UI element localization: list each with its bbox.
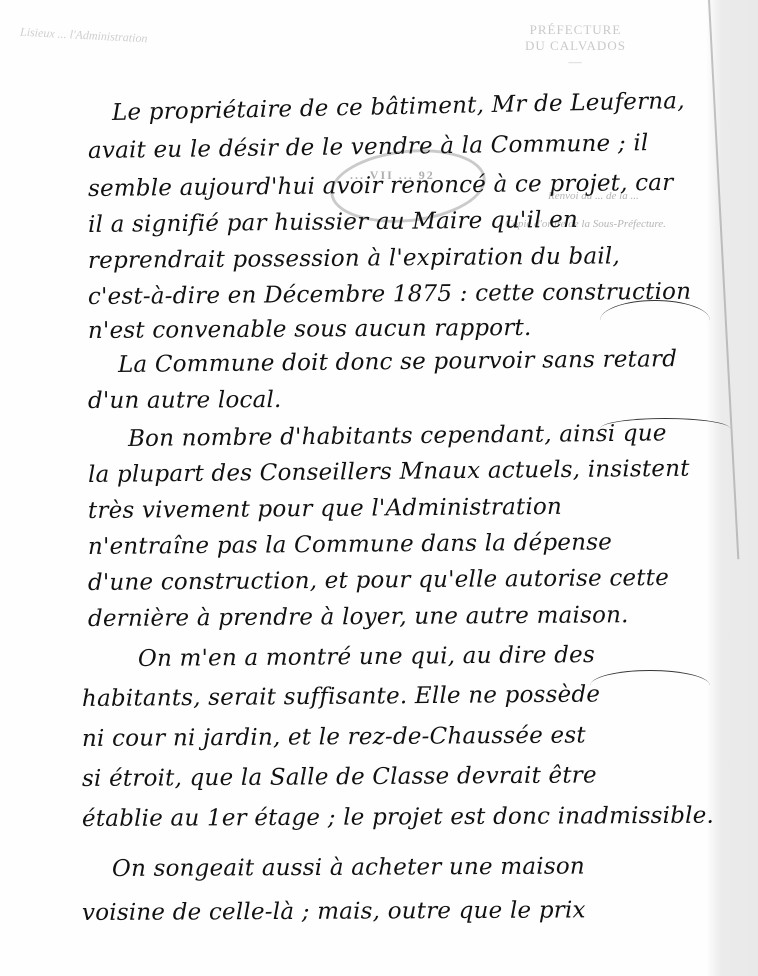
manuscript-line: Bon nombre d'habitants cependant, ainsi … (128, 420, 667, 452)
manuscript-line: d'un autre local. (88, 387, 282, 414)
pen-flourish (600, 418, 730, 439)
manuscript-page: Lisieux ... l'Administration PRÉFECTURE … (0, 0, 758, 976)
manuscript-line: On songeait aussi à acheter une maison (112, 854, 585, 882)
manuscript-line: n'entraîne pas la Commune dans la dépens… (88, 529, 612, 560)
manuscript-line: La Commune doit donc se pourvoir sans re… (118, 346, 677, 378)
manuscript-line: établie au 1er étage ; le projet est don… (82, 803, 714, 832)
manuscript-line: il a signifié par huissier au Maire qu'i… (88, 207, 578, 238)
manuscript-line: c'est-à-dire en Décembre 1875 : cette co… (88, 279, 691, 310)
manuscript-line: n'est convenable sous aucun rapport. (88, 315, 532, 344)
manuscript-line: d'une construction, et pour qu'elle auto… (88, 565, 669, 596)
manuscript-line: On m'en a montré une qui, au dire des (138, 642, 595, 672)
pen-flourish (600, 300, 710, 341)
manuscript-line: dernière à prendre à loyer, une autre ma… (88, 602, 629, 632)
manuscript-line: reprendrait possession à l'expiration du… (88, 243, 620, 274)
manuscript-line: voisine de celle-là ; mais, outre que le… (82, 897, 586, 926)
manuscript-line: ni cour ni jardin, et le rez-de-Chaussée… (82, 722, 586, 752)
manuscript-line: semble aujourd'hui avoir renoncé à ce pr… (88, 170, 674, 202)
manuscript-line: la plupart des Conseillers Mnaux actuels… (88, 456, 690, 488)
manuscript-line: Le propriétaire de ce bâtiment, Mr de Le… (112, 88, 685, 126)
pen-flourish (590, 670, 710, 701)
handwritten-text: Le propriétaire de ce bâtiment, Mr de Le… (0, 0, 758, 976)
manuscript-line: très vivement pour que l'Administration (88, 494, 562, 524)
manuscript-line: avait eu le désir de le vendre à la Comm… (88, 130, 649, 164)
manuscript-line: habitants, serait suffisante. Elle ne po… (82, 681, 600, 712)
manuscript-line: si étroit, que la Salle de Classe devrai… (82, 762, 597, 792)
